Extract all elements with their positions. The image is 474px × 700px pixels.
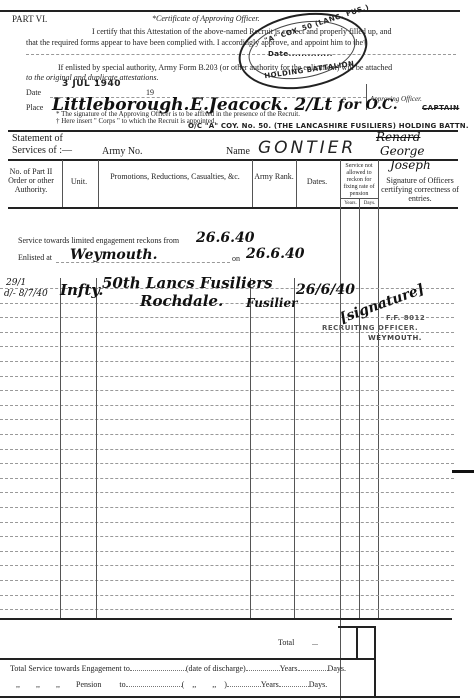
pension-ditto: ,, ,, ,, [16, 680, 60, 689]
col-divider [96, 278, 97, 618]
place-label: Place [26, 103, 43, 112]
col-divider [62, 160, 63, 207]
approving-officer-label: Approving Officer. [370, 95, 422, 103]
col-divider [252, 160, 253, 207]
header-service-not-allowed: Service not allowed to reckon for fixing… [341, 163, 377, 198]
ruled-line [0, 463, 454, 464]
enlisted-label: Enlisted at [18, 253, 52, 262]
engagement-label: Total Service towards Engagement to [10, 664, 130, 673]
enlisted-on-label: on [232, 254, 240, 263]
pension-mid: ( ,, ,, ) [182, 680, 227, 689]
col-divider [294, 278, 295, 618]
statement-label-1: Statement of [12, 133, 63, 144]
col-divider [359, 198, 360, 618]
service-reckons-value: 26.6.40 [196, 230, 254, 246]
ruled-line [0, 390, 454, 391]
row-order: 29/1 [6, 278, 26, 288]
row-unit: Infty. [60, 281, 104, 299]
name-label: Name [226, 146, 250, 157]
header-years: Years. [342, 201, 359, 206]
ruled-line [0, 434, 454, 435]
ruled-line [0, 419, 454, 420]
ruled-line [0, 361, 454, 362]
header-days: Days. [361, 201, 378, 206]
total-bottom [0, 658, 374, 660]
ruled-line [0, 580, 454, 581]
ruled-line [0, 507, 454, 508]
ruled-line [0, 346, 454, 347]
pension-to: to [119, 680, 125, 689]
total-label: Total [278, 638, 294, 647]
engagement-days: Days. [328, 664, 346, 673]
recruiting-stamp-3: WEYMOUTH. [368, 334, 422, 342]
ruled-line [0, 522, 454, 523]
col-divider [98, 160, 99, 207]
given-name-struck: Renard [376, 130, 420, 144]
header-bottom-border [8, 207, 458, 209]
ruled-line [0, 405, 454, 406]
ruled-line [0, 551, 454, 552]
ruled-line [0, 595, 454, 596]
col-divider [378, 160, 379, 618]
surname: GONTIER [258, 138, 356, 158]
table-body-bottom [0, 618, 452, 620]
row-dates: 26/6/40 [296, 282, 355, 298]
ruled-line [0, 449, 454, 450]
header-rank: Army Rank. [254, 172, 294, 182]
part-label: PART VI. [12, 14, 47, 24]
enlisted-place: Weymouth. [70, 247, 157, 263]
row-promotions: 50th Lancs Fusiliers [102, 274, 273, 292]
army-no-label: Army No. [102, 146, 143, 157]
certificate-title: *Certificate of Approving Officer. [152, 14, 260, 23]
recruiting-stamp-1: F.F. 8012 [386, 314, 425, 322]
header-signature: Signature of Officers certifying correct… [380, 176, 460, 203]
pension-label: Pension [76, 680, 101, 689]
col-divider [296, 160, 297, 207]
table-top-border [8, 159, 458, 161]
enlisted-line [56, 262, 230, 263]
bottom-border [0, 696, 460, 698]
total-box-divider [356, 626, 358, 658]
ruled-line [0, 332, 454, 333]
col-divider [250, 278, 251, 618]
given-name-1: George [380, 144, 424, 158]
approving-officer-struck: CAPTAIN [422, 104, 459, 112]
unit-stamp: O/C "A" COY. No. 50. (THE LANCASHIRE FUS… [188, 122, 469, 130]
date-stamp: 3 JUL 1940 [62, 79, 121, 89]
date-label: Date [26, 88, 41, 97]
statement-label-2: Services of :— [12, 145, 72, 156]
ruled-line [0, 492, 454, 493]
edge-mark [452, 470, 474, 473]
header-unit: Unit. [62, 177, 96, 186]
header-order: No. of Part II Order or other Authority. [2, 167, 60, 194]
engagement-line: Total Service towards Engagement to(date… [10, 664, 346, 673]
stamp-date-text: Date.............. [268, 50, 333, 58]
header-promotions: Promotions, Reductions, Casualties, &c. [100, 172, 250, 182]
total-dots: ... [312, 638, 318, 647]
recruiting-stamp-2: RECRUITING OFFICER. [322, 324, 418, 332]
ruled-line [0, 565, 454, 566]
pension-years: Years [261, 680, 279, 689]
service-reckons-label: Service towards limited engagement recko… [18, 236, 179, 245]
col-divider [60, 278, 61, 618]
engagement-years: Years [280, 664, 298, 673]
ruled-line [0, 376, 454, 377]
enlisted-date: 26.6.40 [246, 246, 304, 262]
ruled-line [0, 536, 454, 537]
row-promotions-2: Rochdale. [140, 292, 223, 310]
top-border [0, 10, 460, 12]
ruled-line [0, 478, 454, 479]
engagement-mid: (date of discharge) [186, 664, 246, 673]
row-order-2: d/- 8/7/40 [4, 289, 48, 299]
ruled-line [0, 609, 454, 610]
pension-line: ,, ,, ,, Pension to( ,, ,, )YearsDays. [16, 680, 327, 689]
row-rank: Fusilier [246, 296, 297, 310]
total-box-right [374, 626, 376, 698]
header-dates: Dates. [296, 177, 338, 186]
pension-days: Days. [309, 680, 327, 689]
